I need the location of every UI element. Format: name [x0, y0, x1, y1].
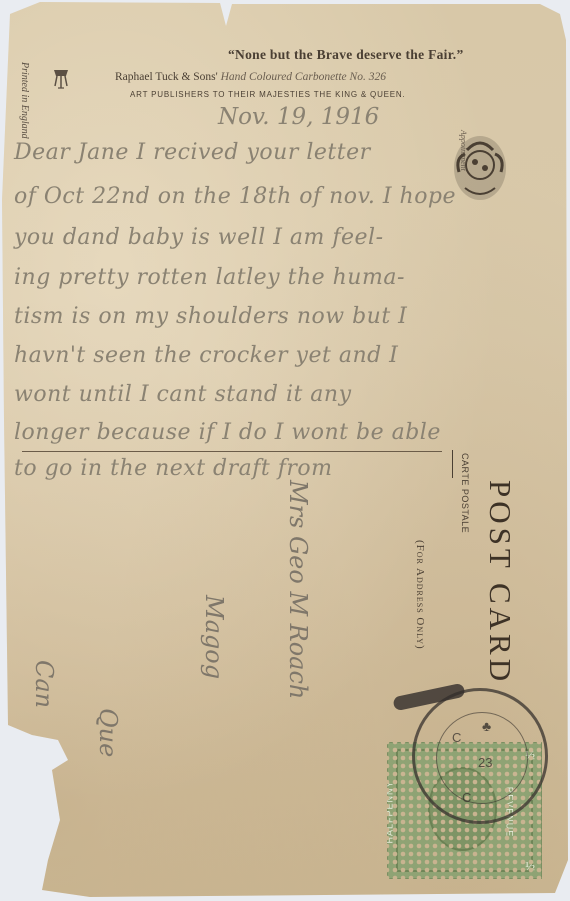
postmark-number: 23 — [478, 755, 492, 770]
postcard-back: “None but the Brave deserve the Fair.” R… — [0, 0, 570, 901]
address-town: Magog — [200, 595, 228, 679]
postmark-letter: C — [452, 730, 461, 745]
message-line: you dand baby is well I am feel- — [14, 225, 384, 250]
publisher-line: Raphael Tuck & Sons' Hand Coloured Carbo… — [115, 71, 386, 83]
message-line: Dear Jane I recived your letter — [14, 140, 371, 165]
clover-ornament-icon: ♣ — [482, 720, 491, 736]
stamp-area-divider — [452, 450, 453, 478]
message-line: ing pretty rotten latley the huma- — [14, 265, 405, 290]
handwritten-date: Nov. 19, 1916 — [218, 104, 379, 130]
publisher-name: Raphael Tuck & Sons' — [115, 71, 218, 83]
message-line: wont until I cant stand it any — [14, 382, 352, 407]
series-name: Hand Coloured Carbonette No. 326 — [221, 71, 386, 83]
easel-logo-icon — [48, 66, 74, 92]
address-name: Mrs Geo M Roach — [284, 480, 312, 699]
postmark-letter: C — [462, 790, 471, 805]
card-motto: “None but the Brave deserve the Fair.” — [228, 47, 464, 63]
message-line: tism is on my shoulders now but I — [14, 304, 407, 329]
post-card-title: POST CARD — [482, 480, 518, 685]
printed-in-england: Printed in England — [19, 62, 30, 139]
address-only-label: (For Address Only) — [414, 540, 426, 650]
message-line: of Oct 22nd on the 18th of nov. I hope — [14, 184, 456, 209]
stamp-label-left: HALFPENNY — [385, 780, 395, 843]
carte-postale-label: CARTE POSTALE — [460, 453, 470, 533]
message-divider — [22, 451, 442, 452]
message-line: havn't seen the crocker yet and I — [14, 343, 398, 368]
address-country: Can — [30, 660, 58, 708]
address-province: Que — [94, 708, 122, 757]
royal-warrant-text: ART PUBLISHERS TO THEIR MAJESTIES THE KI… — [130, 90, 406, 99]
message-line: longer because if I do I wont be able — [14, 420, 441, 445]
message-line: to go in the next draft from — [14, 456, 333, 481]
stamp-value-bottom: ½ — [525, 858, 535, 874]
